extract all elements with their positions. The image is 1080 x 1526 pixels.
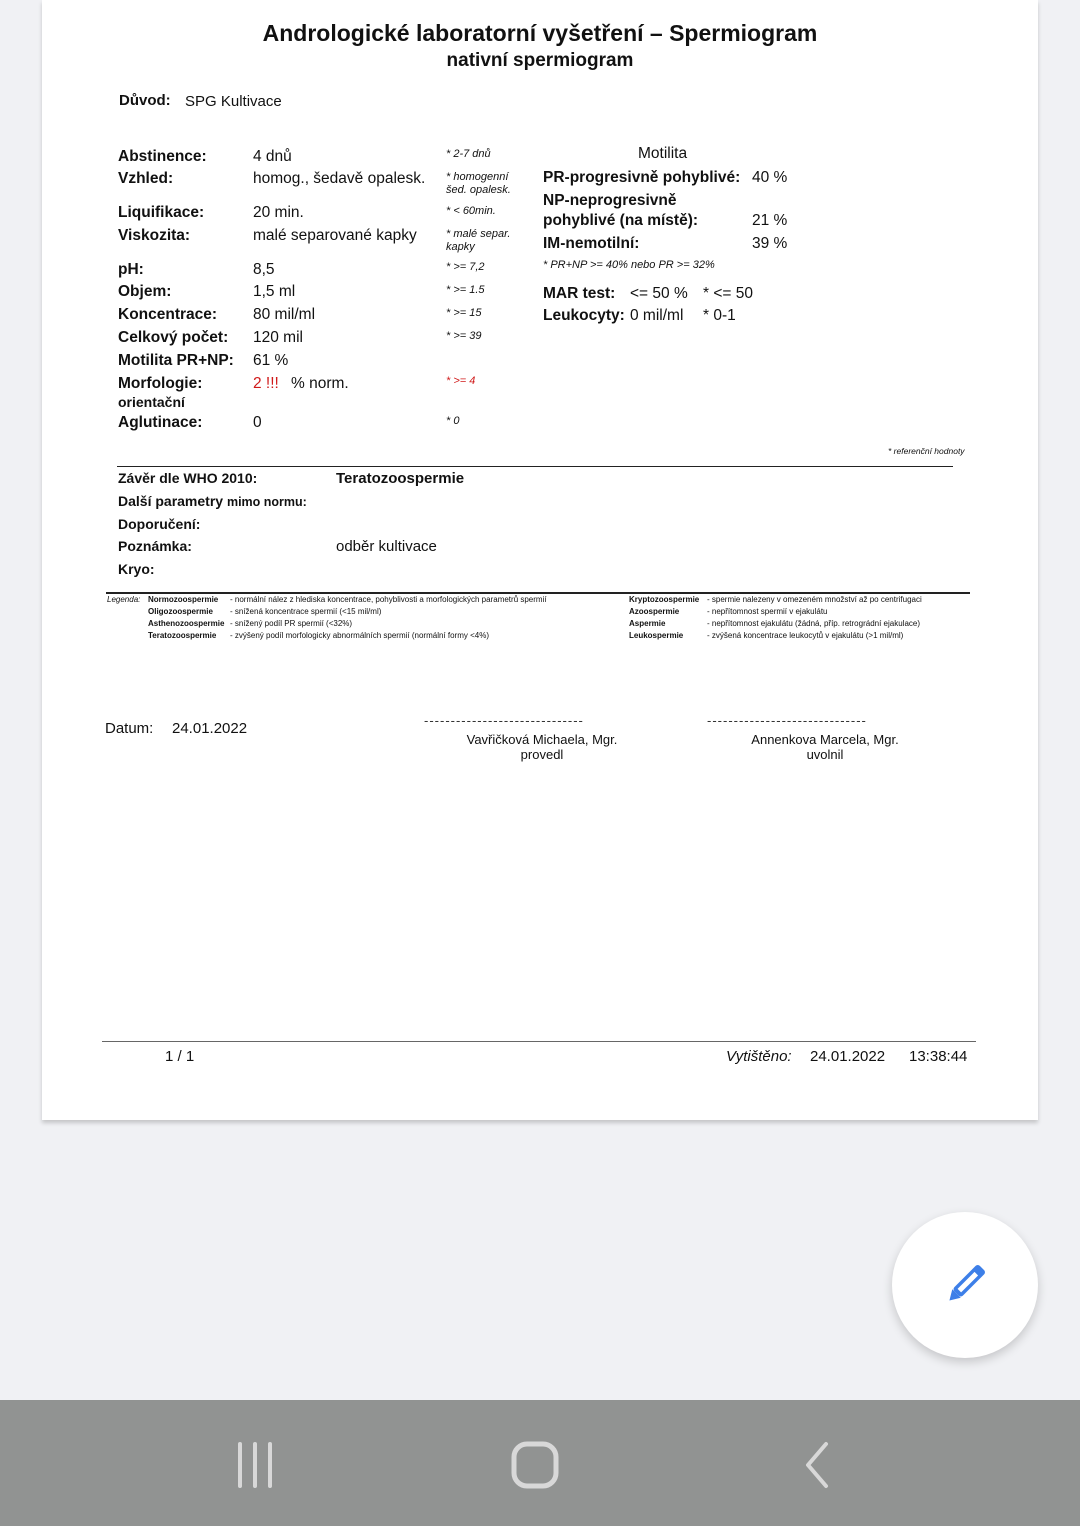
motility-im-value: 39 %: [752, 235, 787, 253]
performed-name: Vavřičková Michaela, Mgr.: [422, 732, 662, 747]
param-ref: * < 60min.: [446, 205, 526, 218]
divider: [117, 466, 953, 467]
date-label: Datum:: [105, 720, 153, 737]
motility-np-label: NP-neprogresivně: [543, 192, 677, 210]
param-label: Viskozita:: [118, 227, 190, 245]
param-ref: * 0: [446, 415, 526, 428]
printed-label: Vytištěno:: [726, 1048, 792, 1065]
param-ref: * >= 4: [446, 375, 526, 388]
param-label: pH:: [118, 261, 144, 279]
printed-time: 13:38:44: [909, 1048, 967, 1065]
leukocytes-ref: * 0-1: [703, 307, 736, 325]
motility-im-label: IM-nemotilní:: [543, 235, 639, 253]
printed-date: 24.01.2022: [810, 1048, 885, 1065]
motility-np-label-2: pohyblivé (na místě):: [543, 212, 698, 230]
mar-value: <= 50 %: [630, 285, 688, 303]
param-label: Aglutinace:: [118, 414, 202, 432]
legend-title: Legenda:: [107, 594, 140, 606]
recommendation-label: Doporučení:: [118, 516, 200, 532]
param-label: Objem:: [118, 283, 171, 301]
leukocytes-value: 0 mil/ml: [630, 307, 683, 325]
param-value: 61 %: [253, 352, 288, 370]
performed-role: provedl: [422, 747, 662, 762]
param-ref: * >= 39: [446, 330, 526, 343]
system-navigation-bar: [0, 1400, 1080, 1526]
note-value: odběr kultivace: [336, 538, 437, 555]
motility-heading: Motilita: [638, 145, 687, 163]
param-label: Motilita PR+NP:: [118, 352, 234, 370]
back-button[interactable]: [772, 1430, 862, 1500]
recent-apps-icon: [233, 1442, 277, 1488]
param-label: Liquifikace:: [118, 204, 204, 222]
released-by: Annenkova Marcela, Mgr. uvolnil: [705, 732, 945, 762]
other-params-label: Další parametry mimo normu:: [118, 493, 307, 509]
param-ref: * >= 15: [446, 307, 526, 320]
signature-line: ------------------------------: [424, 713, 584, 728]
released-role: uvolnil: [705, 747, 945, 762]
legend-item: Teratozoospermie- zvýšený podíl morfolog…: [148, 630, 547, 642]
legend-item: Kryptozoospermie- spermie nalezeny v ome…: [629, 594, 922, 606]
document-subtitle: nativní spermiogram: [0, 50, 1080, 72]
param-ref: * homogenní šed. opalesk.: [446, 171, 526, 197]
motility-pr-label: PR-progresivně pohyblivé:: [543, 169, 740, 187]
reason-value: SPG Kultivace: [185, 93, 282, 110]
home-button[interactable]: [490, 1430, 580, 1500]
param-value: homog., šedavě opalesk.: [253, 170, 425, 188]
date-value: 24.01.2022: [172, 720, 247, 737]
reference-note: * referenční hodnoty: [888, 445, 978, 458]
document-page: [42, 0, 1038, 1120]
param-value: 8,5: [253, 261, 275, 279]
other-params-label-rest: mimo normu:: [227, 495, 307, 509]
mar-label: MAR test:: [543, 285, 615, 303]
reason-label: Důvod:: [119, 92, 171, 109]
who-label: Závěr dle WHO 2010:: [118, 470, 257, 486]
param-label: Celkový počet:: [118, 329, 228, 347]
param-value: malé separované kapky: [253, 227, 417, 245]
param-ref: * >= 1.5: [446, 284, 526, 297]
legend-right: Kryptozoospermie- spermie nalezeny v ome…: [629, 594, 922, 642]
home-icon: [510, 1440, 560, 1490]
param-value: 120 mil: [253, 329, 303, 347]
motility-pr-value: 40 %: [752, 169, 787, 187]
signature-line: ------------------------------: [707, 713, 867, 728]
param-label: Vzhled:: [118, 170, 173, 188]
recent-apps-button[interactable]: [210, 1430, 300, 1500]
cryo-label: Kryo:: [118, 561, 155, 577]
param-value: 4 dnů: [253, 148, 292, 166]
param-value: 0: [253, 414, 262, 432]
page-number: 1 / 1: [165, 1048, 194, 1065]
who-value: Teratozoospermie: [336, 470, 464, 487]
edit-button[interactable]: [892, 1212, 1038, 1358]
legend-item: Oligozoospermie- snížená koncentrace spe…: [148, 606, 547, 618]
param-label: Morfologie:: [118, 375, 202, 393]
legend-item: Leukospermie- zvýšená koncentrace leukoc…: [629, 630, 922, 642]
footer-divider: [102, 1041, 976, 1042]
param-value: 1,5 ml: [253, 283, 295, 301]
other-params-label-main: Další parametry: [118, 493, 223, 509]
motility-np-value: 21 %: [752, 212, 787, 230]
param-value: 20 min.: [253, 204, 304, 222]
param-value: % norm.: [291, 375, 349, 393]
back-icon: [802, 1441, 832, 1489]
legend-left: Normozoospermie- normální nález z hledis…: [148, 594, 547, 642]
legend-item: Aspermie- nepřítomnost ejakulátu (žádná,…: [629, 618, 922, 630]
note-label: Poznámka:: [118, 538, 192, 554]
param-value: 80 mil/ml: [253, 306, 315, 324]
leukocytes-label: Leukocyty:: [543, 307, 625, 325]
param-value-flag: 2 !!!: [253, 375, 279, 393]
motility-ref: * PR+NP >= 40% nebo PR >= 32%: [543, 259, 843, 272]
pencil-icon: [939, 1259, 991, 1311]
param-sublabel: orientační: [118, 394, 185, 410]
param-ref: * 2-7 dnů: [446, 148, 526, 161]
legend-item: Asthenozoospermie- snížený podíl PR sper…: [148, 618, 547, 630]
param-label: Koncentrace:: [118, 306, 217, 324]
mar-ref: * <= 50: [703, 285, 753, 303]
document-title: Andrologické laboratorní vyšetření – Spe…: [0, 20, 1080, 47]
legend-item: Azoospermie- nepřítomnost spermií v ejak…: [629, 606, 922, 618]
released-name: Annenkova Marcela, Mgr.: [705, 732, 945, 747]
param-ref: * >= 7,2: [446, 261, 526, 274]
legend-item: Normozoospermie- normální nález z hledis…: [148, 594, 547, 606]
param-label: Abstinence:: [118, 148, 207, 166]
param-ref: * malé separ. kapky: [446, 228, 526, 254]
performed-by: Vavřičková Michaela, Mgr. provedl: [422, 732, 662, 762]
